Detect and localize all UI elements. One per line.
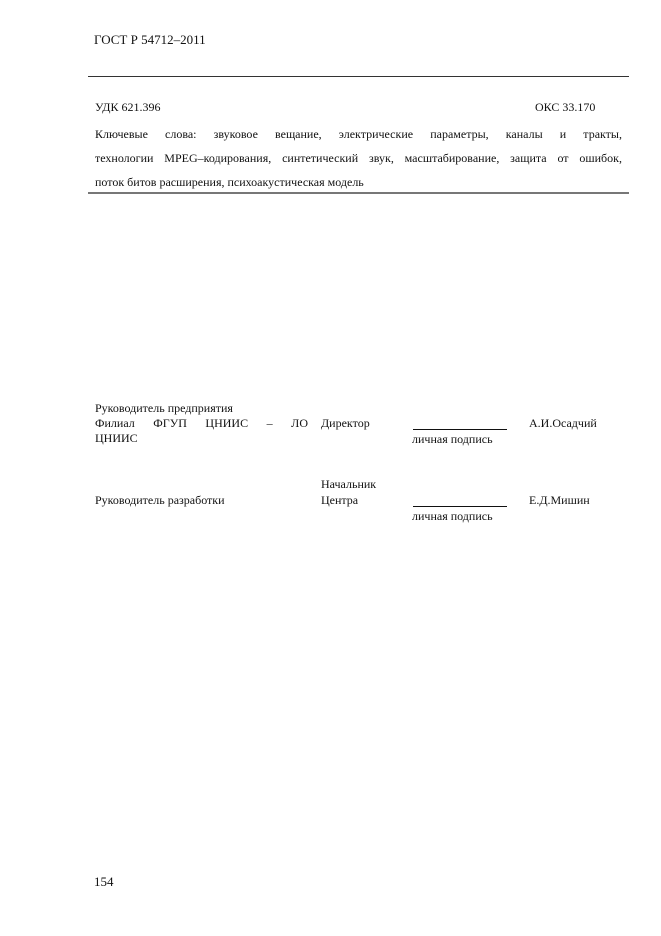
signature-line: [413, 506, 507, 507]
keywords-line: Ключевые слова: звуковое вещание, электр…: [95, 122, 622, 146]
page-number: 154: [94, 874, 114, 890]
signature-caption: личная подпись: [412, 509, 493, 524]
keywords-line: технологии MPEG–кодирования, синтетическ…: [95, 146, 622, 170]
development-head-title: Руководитель разработки: [95, 493, 225, 508]
keywords-line: поток битов расширения, психоакустическа…: [95, 170, 622, 194]
signatory-name: А.И.Осадчий: [529, 416, 597, 431]
position-head: Начальник: [321, 477, 376, 492]
position-center: Центра: [321, 493, 358, 508]
keywords-block: Ключевые слова: звуковое вещание, электр…: [95, 122, 622, 194]
signature-line: [413, 429, 507, 430]
signature-caption: личная подпись: [412, 432, 493, 447]
header-divider: [88, 76, 629, 77]
position-director: Директор: [321, 416, 370, 431]
enterprise-head-title: Руководитель предприятия: [95, 401, 233, 416]
udk-code: УДК 621.396: [95, 100, 160, 115]
standard-header: ГОСТ Р 54712–2011: [94, 32, 206, 48]
organization-name-cont: ЦНИИС: [95, 431, 138, 446]
oks-code: ОКС 33.170: [535, 100, 595, 115]
organization-name: Филиал ФГУП ЦНИИС – ЛО: [95, 416, 308, 431]
keywords-divider: [88, 192, 629, 194]
signatory-name: Е.Д.Мишин: [529, 493, 590, 508]
